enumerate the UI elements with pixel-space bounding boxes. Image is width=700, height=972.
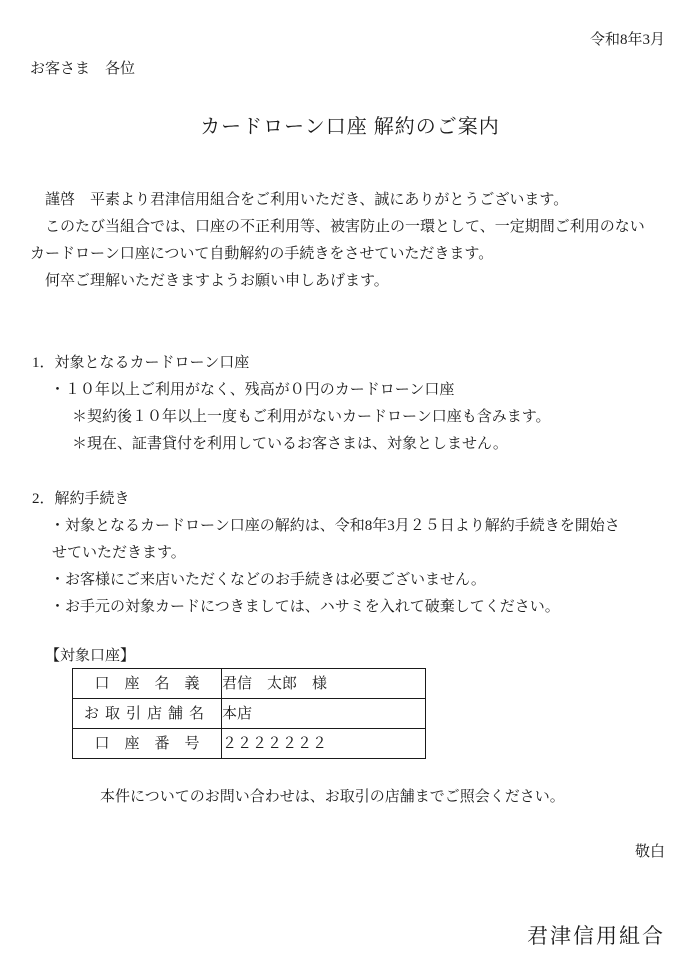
section1-heading: 1．対象となるカードローン口座 [32,353,249,373]
inquiry-line: 本件についてのお問い合わせは、お取引の店舗までご照会ください。 [100,787,565,807]
account-table-caption: 【対象口座】 [45,646,135,666]
greeting-line-1: 謹啓 平素より君津信用組合をご利用いただき、誠にありがとうございます。 [45,190,568,210]
account-holder-label: 口 座 名 義 [73,669,222,699]
signature-organization: 君津信用組合 [0,926,665,946]
section2-bullet-2: ・お客様にご来店いただくなどのお手続きは必要ございません。 [50,570,486,590]
table-row: 口 座 番 号 ２２２２２２２ [73,729,426,759]
table-row: お取引店舗名 本店 [73,699,426,729]
closing-word: 敬白 [0,842,665,862]
section2-bullet-1-line-1: ・対象となるカードローン口座の解約は、令和8年3月２５日より解約手続きを開始さ [50,516,620,536]
section2-bullet-3: ・お手元の対象カードにつきましては、ハサミを入れて破棄してください。 [50,597,560,617]
account-holder-value: 君信 太郎 様 [222,669,426,699]
section1-bullet-1: ・１０年以上ご利用がなく、残高が０円のカードローン口座 [50,380,454,400]
section1-note-2: ＊現在、証書貸付を利用しているお客さまは、対象としません。 [72,434,508,454]
document-date: 令和8年3月 [0,30,665,50]
document-title: カードローン口座 解約のご案内 [0,117,700,137]
table-row: 口 座 名 義 君信 太郎 様 [73,669,426,699]
section2-heading: 2．解約手続き [32,489,130,509]
branch-name-label: お取引店舗名 [73,699,222,729]
account-table: 口 座 名 義 君信 太郎 様 お取引店舗名 本店 口 座 番 号 ２２２２２２… [72,668,426,759]
branch-name-value: 本店 [222,699,426,729]
greeting-line-4: 何卒ご理解いただきますようお願い申しあげます。 [45,271,389,291]
greeting-line-3: カードローン口座について自動解約の手続きをさせていただきます。 [30,244,493,264]
section2-bullet-1-line-2: せていただきます。 [52,543,186,563]
greeting-line-2: このたび当組合では、口座の不正利用等、被害防止の一環として、一定期間ご利用のない [45,217,645,237]
recipient-line: お客さま 各位 [30,59,135,79]
document-page: 令和8年3月 お客さま 各位 カードローン口座 解約のご案内 謹啓 平素より君津… [0,0,700,972]
section1-note-1: ＊契約後１０年以上一度もご利用がないカードローン口座も含みます。 [72,407,551,427]
account-number-value: ２２２２２２２ [222,729,426,759]
account-number-label: 口 座 番 号 [73,729,222,759]
